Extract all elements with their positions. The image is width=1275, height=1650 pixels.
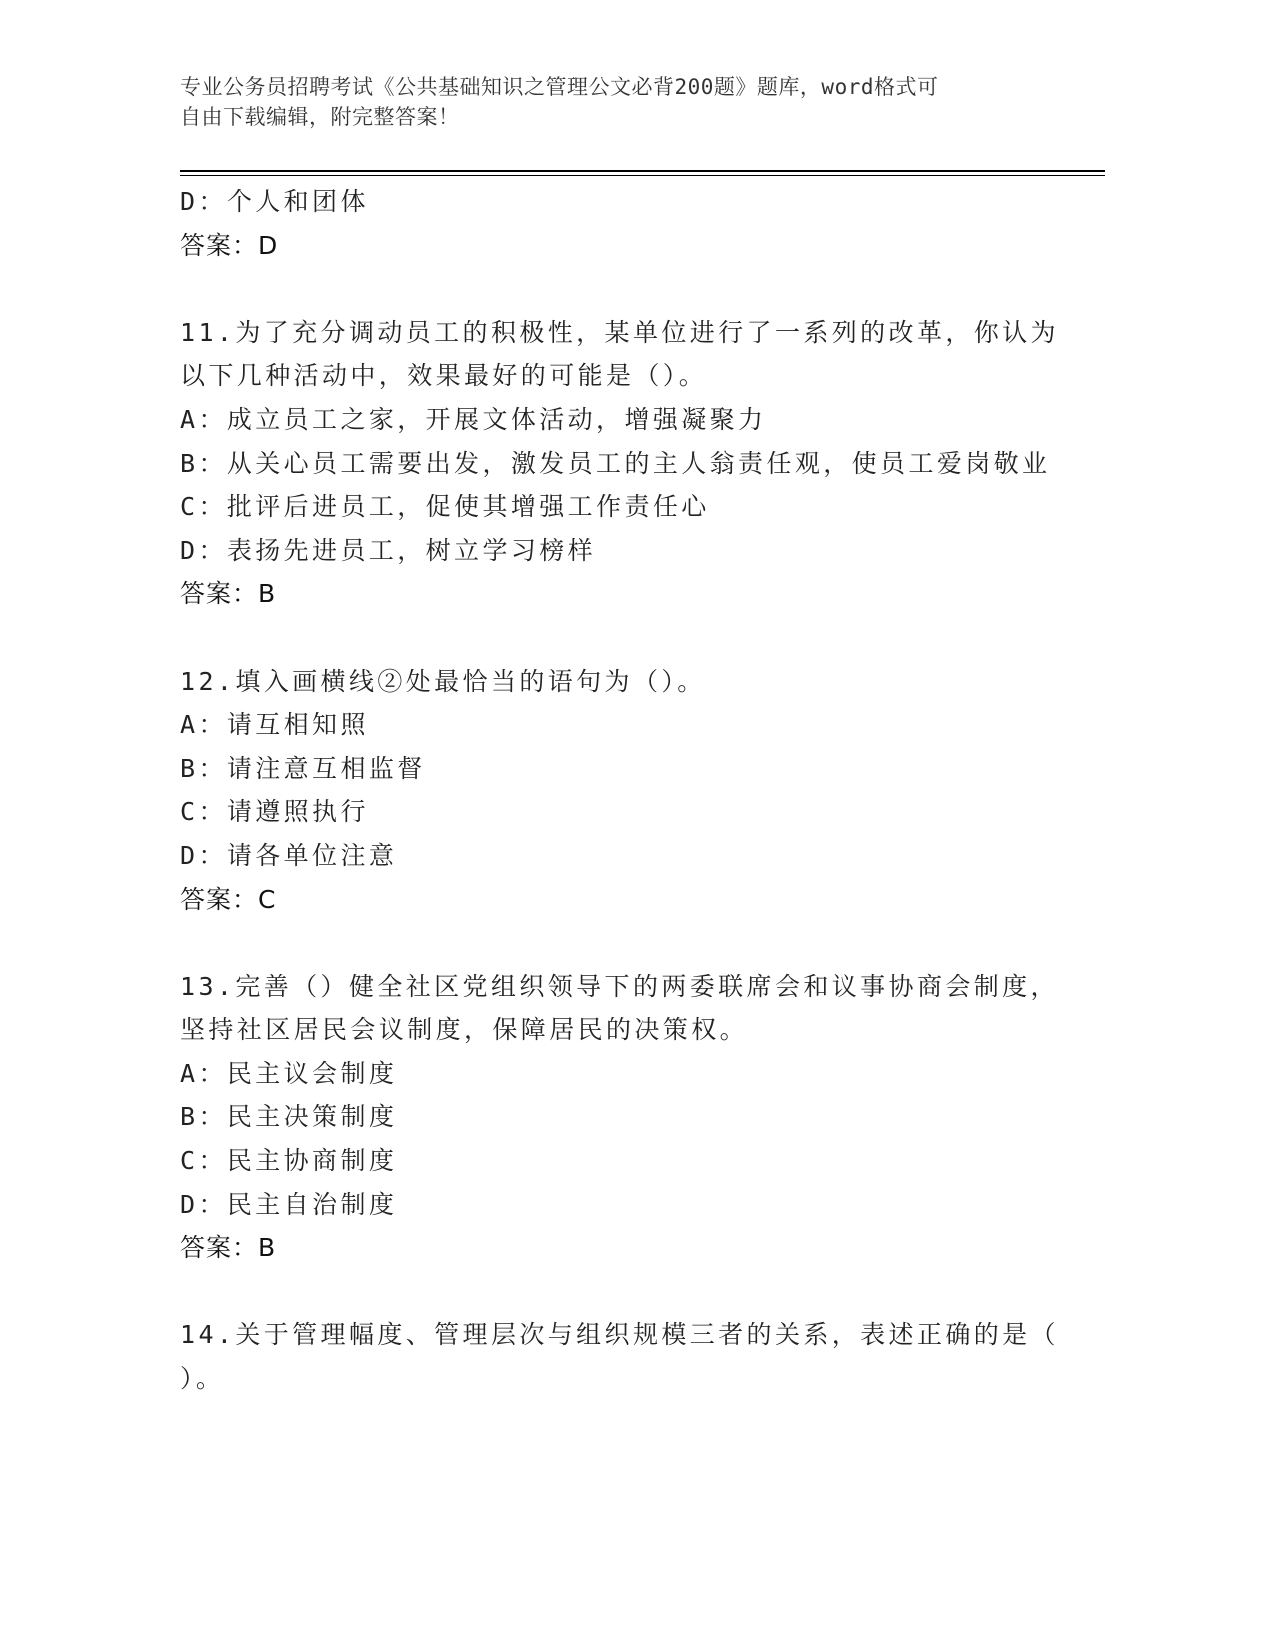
question-stem: 以下几种活动中，效果最好的可能是（）。	[180, 354, 1040, 398]
option-d: D：请各单位注意	[180, 834, 1040, 878]
option-c: C：批评后进员工，促使其增强工作责任心	[180, 485, 1040, 529]
option-a: A：成立员工之家，开展文体活动，增强凝聚力	[180, 398, 1040, 442]
question-list: D：个人和团体 答案：D 11.为了充分调动员工的积极性，某单位进行了一系列的改…	[180, 180, 1040, 1401]
option-a: A：民主议会制度	[180, 1052, 1040, 1096]
question-12: 12.填入画横线②处最恰当的语句为（）。 A：请互相知照 B：请注意互相监督 C…	[180, 660, 1040, 922]
answer: 答案：B	[180, 1226, 1040, 1270]
option-c: C：请遵照执行	[180, 790, 1040, 834]
document-header: 专业公务员招聘考试《公共基础知识之管理公文必背200题》题库，word格式可 自…	[180, 72, 1060, 132]
header-line-2: 自由下载编辑，附完整答案！	[180, 102, 1060, 132]
option-d: D：民主自治制度	[180, 1183, 1040, 1227]
question-stem: 坚持社区居民会议制度，保障居民的决策权。	[180, 1008, 1040, 1052]
option-a: A：请互相知照	[180, 703, 1040, 747]
question-stem: 12.填入画横线②处最恰当的语句为（）。	[180, 660, 1040, 704]
option-b: B：请注意互相监督	[180, 747, 1040, 791]
question-stem: 14.关于管理幅度、管理层次与组织规模三者的关系，表述正确的是（	[180, 1313, 1040, 1357]
answer: 答案：B	[180, 572, 1040, 616]
option-b: B：民主决策制度	[180, 1095, 1040, 1139]
question-13: 13.完善（）健全社区党组织领导下的两委联席会和议事协商会制度， 坚持社区居民会…	[180, 965, 1040, 1270]
question-14: 14.关于管理幅度、管理层次与组织规模三者的关系，表述正确的是（ ）。	[180, 1313, 1040, 1400]
header-rule-thin	[180, 175, 1105, 176]
answer: 答案：D	[180, 224, 1040, 268]
option-c: C：民主协商制度	[180, 1139, 1040, 1183]
option-b: B：从关心员工需要出发，激发员工的主人翁责任观，使员工爱岗敬业	[180, 442, 1040, 486]
header-line-1: 专业公务员招聘考试《公共基础知识之管理公文必背200题》题库，word格式可	[180, 72, 1060, 102]
header-rule-thick	[180, 170, 1105, 172]
question-stem: 11.为了充分调动员工的积极性，某单位进行了一系列的改革，你认为	[180, 311, 1040, 355]
question-stem: 13.完善（）健全社区党组织领导下的两委联席会和议事协商会制度，	[180, 965, 1040, 1009]
option-d: D：表扬先进员工，树立学习榜样	[180, 529, 1040, 573]
question-stem: ）。	[180, 1357, 1040, 1401]
question-11: 11.为了充分调动员工的积极性，某单位进行了一系列的改革，你认为 以下几种活动中…	[180, 311, 1040, 616]
option-d: D：个人和团体	[180, 180, 1040, 224]
answer: 答案：C	[180, 878, 1040, 922]
